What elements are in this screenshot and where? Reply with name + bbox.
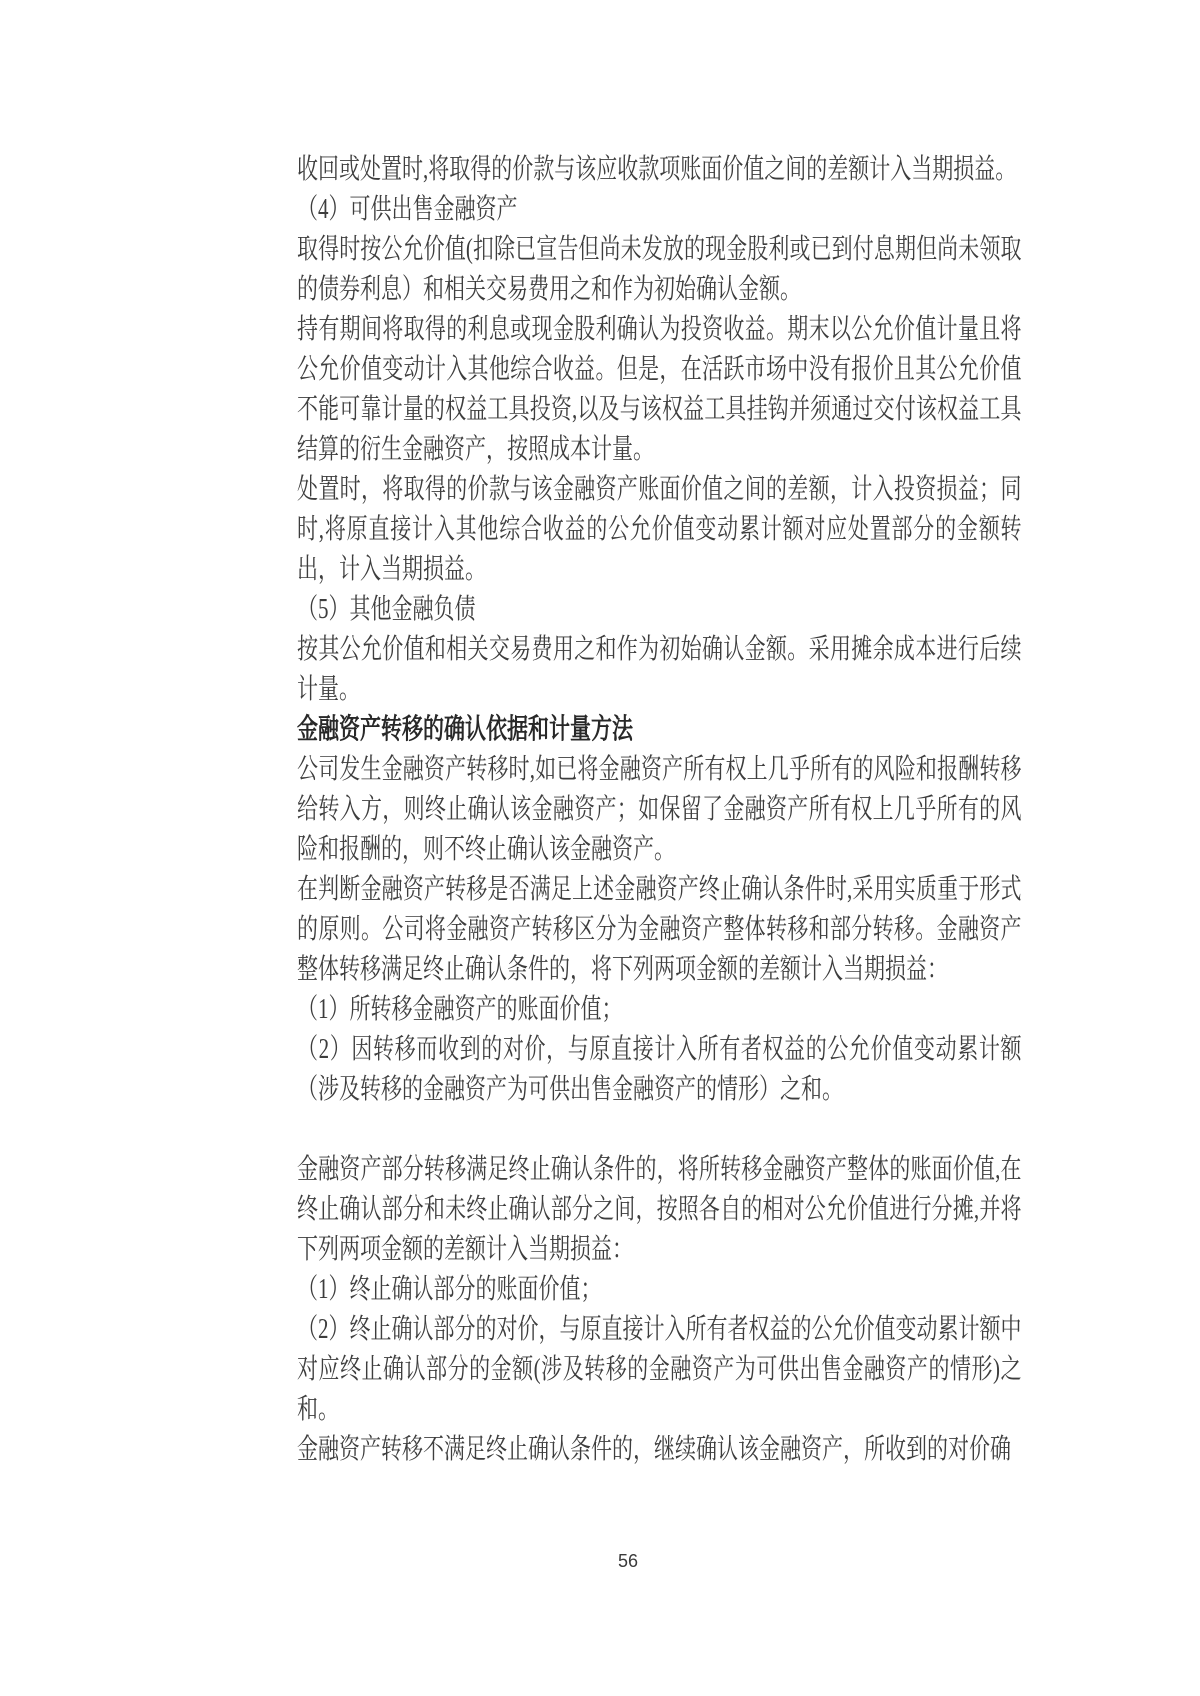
body-paragraph: （5）其他金融负债	[297, 590, 1022, 630]
body-paragraph: 收回或处置时,将取得的价款与该应收款项账面价值之间的差额计入当期损益。	[297, 150, 1022, 190]
body-paragraph: （4）可供出售金融资产	[297, 190, 1022, 230]
body-paragraph: （1）终止确认部分的账面价值；	[297, 1270, 1022, 1310]
body-paragraph: 按其公允价值和相关交易费用之和作为初始确认金额。采用摊余成本进行后续计量。	[297, 630, 1022, 710]
body-paragraph: 公司发生金融资产转移时,如已将金融资产所有权上几乎所有的风险和报酬转移给转入方，…	[297, 750, 1022, 870]
page-body: 收回或处置时,将取得的价款与该应收款项账面价值之间的差额计入当期损益。 （4）可…	[297, 150, 1200, 1470]
document-page: 收回或处置时,将取得的价款与该应收款项账面价值之间的差额计入当期损益。 （4）可…	[0, 0, 1200, 1696]
page-number: 56	[0, 1550, 1200, 1572]
body-paragraph: 处置时，将取得的价款与该金融资产账面价值之间的差额，计入投资损益；同时,将原直接…	[297, 470, 1022, 590]
section-heading: 金融资产转移的确认依据和计量方法	[297, 710, 1022, 750]
text-column: 收回或处置时,将取得的价款与该应收款项账面价值之间的差额计入当期损益。 （4）可…	[297, 150, 1022, 1470]
body-paragraph: （2）终止确认部分的对价，与原直接计入所有者权益的公允价值变动累计额中对应终止确…	[297, 1310, 1022, 1430]
body-paragraph: （1）所转移金融资产的账面价值；	[297, 990, 1022, 1030]
body-paragraph: （2）因转移而收到的对价，与原直接计入所有者权益的公允价值变动累计额（涉及转移的…	[297, 1030, 1022, 1110]
body-paragraph: 取得时按公允价值(扣除已宣告但尚未发放的现金股利或已到付息期但尚未领取的债券利息…	[297, 230, 1022, 310]
body-paragraph: 金融资产转移不满足终止确认条件的，继续确认该金融资产，所收到的对价确	[297, 1430, 1022, 1470]
body-paragraph: 金融资产部分转移满足终止确认条件的，将所转移金融资产整体的账面价值,在终止确认部…	[297, 1150, 1022, 1270]
body-paragraph: 在判断金融资产转移是否满足上述金融资产终止确认条件时,采用实质重于形式的原则。公…	[297, 870, 1022, 990]
body-paragraph: 持有期间将取得的利息或现金股利确认为投资收益。期末以公允价值计量且将公允价值变动…	[297, 310, 1022, 470]
